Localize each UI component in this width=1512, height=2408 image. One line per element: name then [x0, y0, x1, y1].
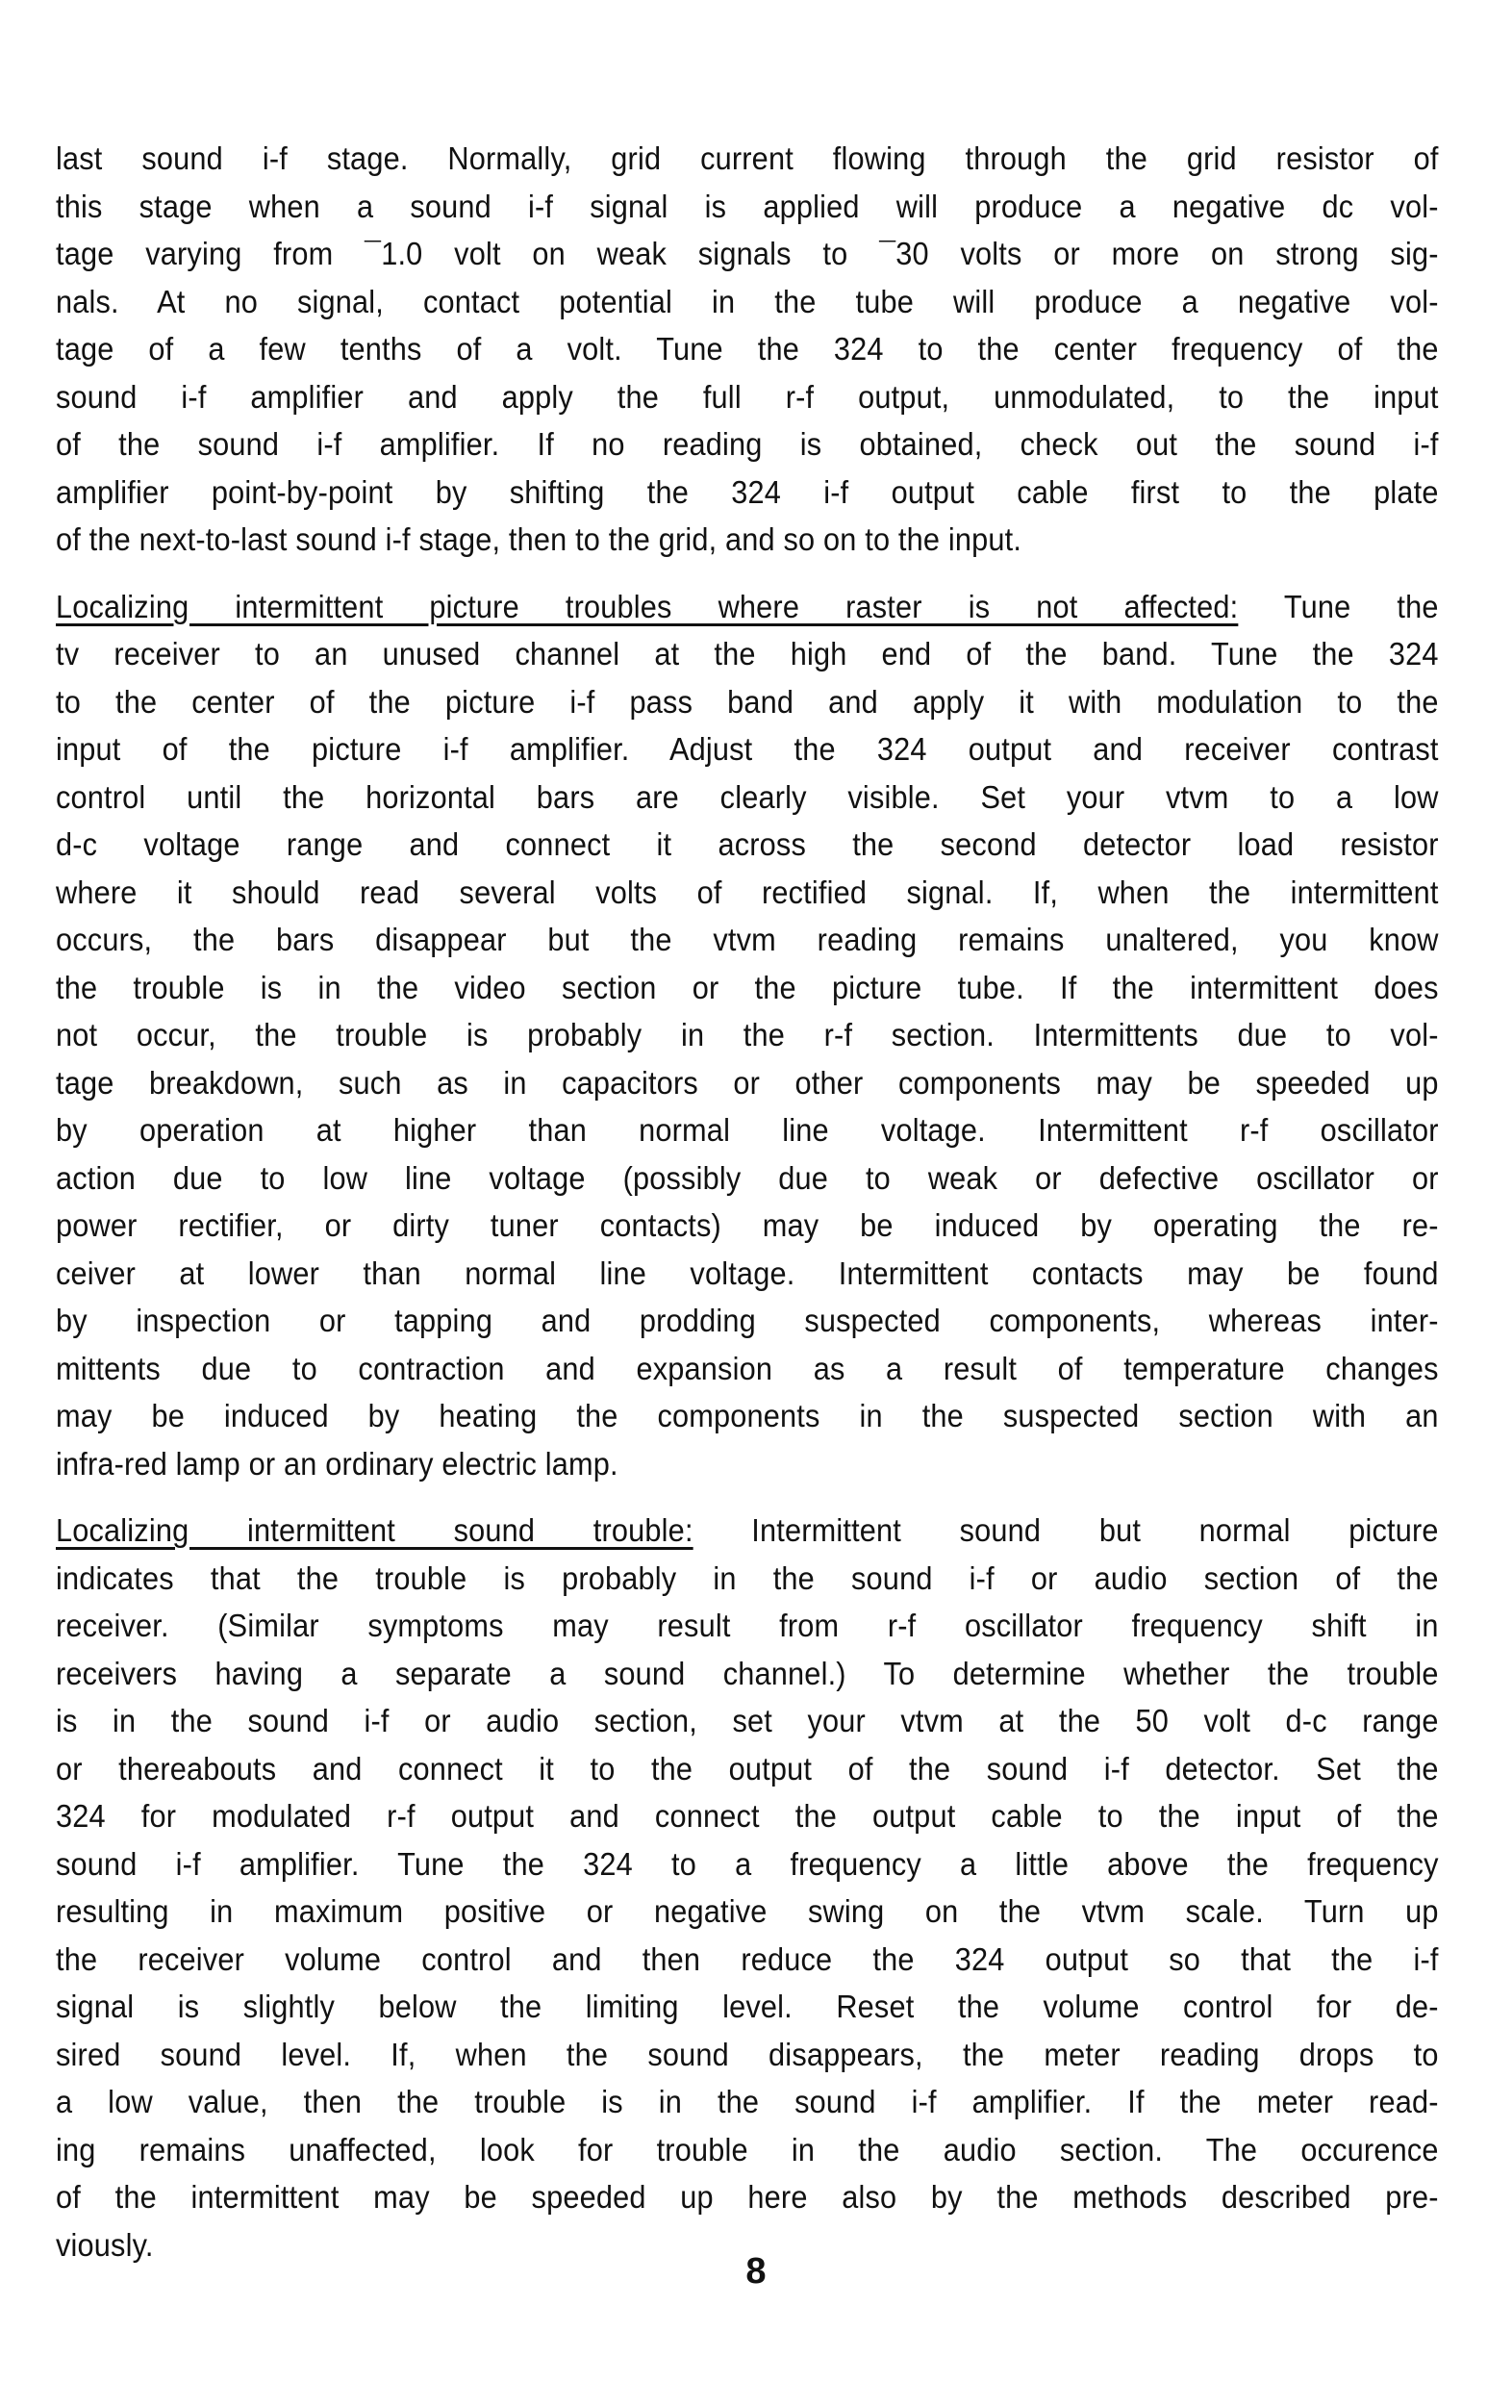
paragraph-spacer — [56, 564, 1439, 583]
paragraph-sound-trouble: Localizing intermittent sound trouble: I… — [56, 1507, 1439, 2269]
text-line: this stage when a sound i-f signal is ap… — [56, 183, 1439, 231]
text-line: power rectifier, or dirty tuner contacts… — [56, 1202, 1439, 1250]
heading-line-text: Intermittent sound but normal picture — [693, 1512, 1439, 1548]
text-line: to the center of the picture i-f pass ba… — [56, 678, 1439, 726]
text-line: tage varying from ¯1.0 volt on weak sign… — [56, 230, 1439, 278]
text-line: nals. At no signal, contact potential in… — [56, 278, 1439, 326]
section-heading: Localizing intermittent picture troubles… — [56, 589, 1238, 624]
text-line: d-c voltage range and connect it across … — [56, 821, 1439, 869]
text-line: occurs, the bars disappear but the vtvm … — [56, 916, 1439, 964]
text-line: receivers having a separate a sound chan… — [56, 1650, 1439, 1698]
text-line: ing remains unaffected, look for trouble… — [56, 2126, 1439, 2174]
text-line: indicates that the trouble is probably i… — [56, 1555, 1439, 1603]
paragraph-spacer — [56, 1487, 1439, 1507]
text-line: the trouble is in the video section or t… — [56, 964, 1439, 1012]
text-line: receiver. (Similar symptoms may result f… — [56, 1602, 1439, 1650]
text-line: sound i-f amplifier. Tune the 324 to a f… — [56, 1840, 1439, 1888]
text-line: of the next-to-last sound i-f stage, the… — [56, 516, 1439, 564]
text-line: of the intermittent may be speeded up he… — [56, 2173, 1439, 2221]
text-line: the receiver volume control and then red… — [56, 1936, 1439, 1984]
paragraph-heading-line: Localizing intermittent sound trouble: I… — [56, 1507, 1439, 1555]
text-line: resulting in maximum positive or negativ… — [56, 1888, 1439, 1936]
text-line: of the sound i-f amplifier. If no readin… — [56, 420, 1439, 469]
text-line: is in the sound i-f or audio section, se… — [56, 1697, 1439, 1745]
paragraph-picture-troubles: Localizing intermittent picture troubles… — [56, 583, 1439, 1488]
text-line: last sound i-f stage. Normally, grid cur… — [56, 135, 1439, 183]
text-line: ceiver at lower than normal line voltage… — [56, 1250, 1439, 1298]
text-line: by inspection or tapping and prodding su… — [56, 1297, 1439, 1345]
paragraph-sound-if-check: last sound i-f stage. Normally, grid cur… — [56, 135, 1439, 564]
text-line: sound i-f amplifier and apply the full r… — [56, 373, 1439, 421]
text-line: where it should read several volts of re… — [56, 869, 1439, 917]
text-line: action due to low line voltage (possibly… — [56, 1154, 1439, 1203]
text-line: control until the horizontal bars are cl… — [56, 773, 1439, 822]
paragraph-heading-line: Localizing intermittent picture troubles… — [56, 583, 1439, 631]
text-line: sired sound level. If, when the sound di… — [56, 2031, 1439, 2079]
text-line: input of the picture i-f amplifier. Adju… — [56, 725, 1439, 773]
text-line: signal is slightly below the limiting le… — [56, 1983, 1439, 2031]
text-line: mittents due to contraction and expansio… — [56, 1345, 1439, 1393]
text-line: infra-red lamp or an ordinary electric l… — [56, 1440, 1439, 1488]
text-line: or thereabouts and connect it to the out… — [56, 1745, 1439, 1793]
page-number: 8 — [0, 2251, 1512, 2293]
text-line: tage of a few tenths of a volt. Tune the… — [56, 325, 1439, 373]
text-line: amplifier point-by-point by shifting the… — [56, 469, 1439, 517]
document-page: last sound i-f stage. Normally, grid cur… — [56, 135, 1439, 2269]
text-line: by operation at higher than normal line … — [56, 1106, 1439, 1154]
text-line: may be induced by heating the components… — [56, 1392, 1439, 1440]
text-line: tv receiver to an unused channel at the … — [56, 630, 1439, 678]
text-line: a low value, then the trouble is in the … — [56, 2078, 1439, 2126]
text-line: not occur, the trouble is probably in th… — [56, 1011, 1439, 1059]
section-heading: Localizing intermittent sound trouble: — [56, 1512, 693, 1548]
text-line: tage breakdown, such as in capacitors or… — [56, 1059, 1439, 1107]
text-line: 324 for modulated r-f output and connect… — [56, 1792, 1439, 1840]
heading-line-text: Tune the — [1238, 589, 1438, 624]
